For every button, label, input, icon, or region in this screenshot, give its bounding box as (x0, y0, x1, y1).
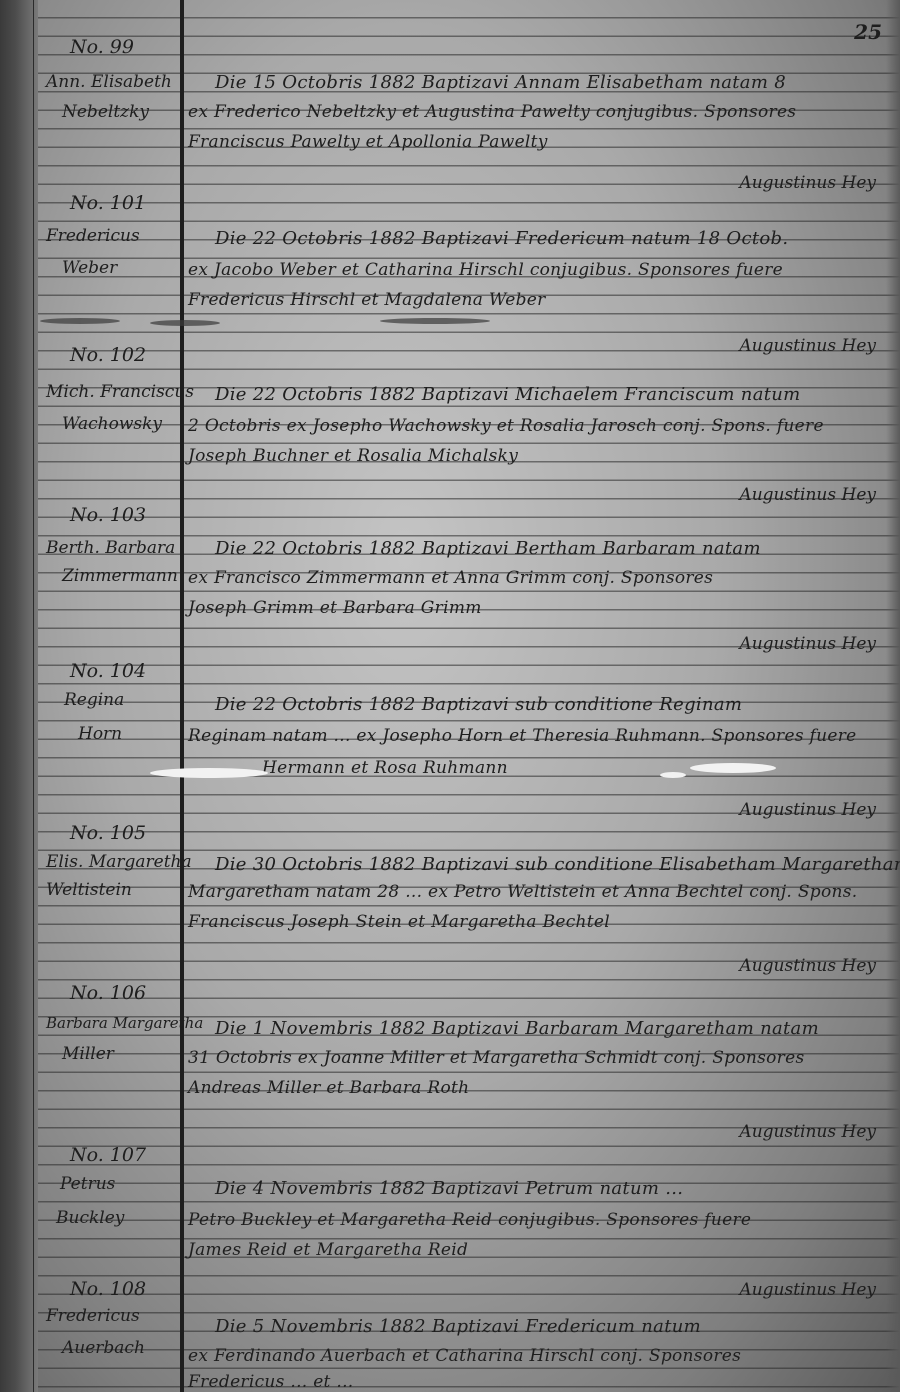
entry-text-line: Joseph Buchner et Rosalia Michalsky (188, 446, 518, 466)
ink-smudge (380, 318, 490, 324)
entry-text-line: Die 4 Novembris 1882 Baptizavi Petrum na… (215, 1178, 683, 1199)
entry-text-line: Die 15 Octobris 1882 Baptizavi Annam Eli… (215, 72, 786, 93)
child-given-name: Fredericus (46, 226, 140, 246)
entry-text-line: ex Jacobo Weber et Catharina Hirschl con… (188, 260, 783, 280)
child-given-name: Ann. Elisabeth (46, 72, 172, 92)
entry-text-line: Fredericus ... et ... (188, 1372, 354, 1392)
entry-text-line: 2 Octobris ex Josepho Wachowsky et Rosal… (188, 416, 824, 436)
priest-signature: Augustinus Hey (739, 1280, 876, 1300)
entry-text-line: Die 22 Octobris 1882 Baptizavi Michaelem… (215, 384, 801, 405)
entry-number: No. 104 (70, 660, 146, 682)
priest-signature: Augustinus Hey (739, 336, 876, 356)
entry-text-line: Franciscus Pawelty et Apollonia Pawelty (188, 132, 548, 152)
entry-text-line: ex Frederico Nebeltzky et Augustina Pawe… (188, 102, 796, 122)
page-number: 25 (854, 20, 882, 44)
child-surname: Nebeltzky (62, 102, 149, 122)
priest-signature: Augustinus Hey (739, 634, 876, 654)
entry-number: No. 107 (70, 1144, 146, 1166)
child-given-name: Barbara Margaretha (46, 1014, 203, 1032)
priest-signature: Augustinus Hey (739, 485, 876, 505)
entry-text-line: ex Francisco Zimmermann et Anna Grimm co… (188, 568, 713, 588)
entry-text-line: ex Ferdinando Auerbach et Catharina Hirs… (188, 1346, 741, 1366)
priest-signature: Augustinus Hey (739, 956, 876, 976)
paper-damage-blot (660, 772, 686, 778)
child-surname: Buckley (56, 1208, 124, 1228)
paper-damage-blot (690, 763, 776, 773)
paper-damage-blot (150, 768, 268, 778)
entry-text-line: Die 5 Novembris 1882 Baptizavi Fredericu… (215, 1316, 701, 1337)
child-surname: Weltistein (46, 880, 132, 900)
entry-text-line: Die 1 Novembris 1882 Baptizavi Barbaram … (215, 1018, 819, 1039)
child-given-name: Elis. Margaretha (46, 852, 192, 872)
entry-text-line: Fredericus Hirschl et Magdalena Weber (188, 290, 546, 310)
entry-number: No. 103 (70, 504, 146, 526)
entry-text-line: 31 Octobris ex Joanne Miller et Margaret… (188, 1048, 804, 1068)
entry-text-line: Joseph Grimm et Barbara Grimm (188, 598, 482, 618)
entry-text-line: Die 22 Octobris 1882 Baptizavi Fredericu… (215, 228, 788, 249)
entry-number: No. 102 (70, 344, 146, 366)
child-surname: Zimmermann (62, 566, 178, 586)
entry-text-line: Die 30 Octobris 1882 Baptizavi sub condi… (215, 854, 900, 875)
child-given-name: Berth. Barbara (46, 538, 175, 558)
entry-text-line: Margaretham natam 28 ... ex Petro Weltis… (188, 882, 857, 902)
register-page: 25 No. 99 Ann. Elisabeth Nebeltzky Die 1… (0, 0, 900, 1392)
entry-text-line: Die 22 Octobris 1882 Baptizavi Bertham B… (215, 538, 761, 559)
margin-rule (33, 0, 34, 1392)
entry-number: No. 108 (70, 1278, 146, 1300)
priest-signature: Augustinus Hey (739, 1122, 876, 1142)
child-given-name: Fredericus (46, 1306, 140, 1326)
page-edge-shadow (886, 0, 900, 1392)
child-surname: Weber (62, 258, 117, 278)
entry-text-line: Franciscus Joseph Stein et Margaretha Be… (188, 912, 610, 932)
entry-text-line: Die 22 Octobris 1882 Baptizavi sub condi… (215, 694, 742, 715)
entry-text-line: Reginam natam ... ex Josepho Horn et The… (188, 726, 857, 746)
entry-number: No. 106 (70, 982, 146, 1004)
entry-number: No. 99 (70, 36, 134, 58)
child-surname: Auerbach (62, 1338, 145, 1358)
ink-smudge (150, 320, 220, 326)
child-surname: Horn (78, 724, 122, 744)
child-given-name: Petrus (60, 1174, 115, 1194)
ink-smudge (40, 318, 120, 324)
entry-text-line: James Reid et Margaretha Reid (188, 1240, 468, 1260)
entry-text-line: Hermann et Rosa Ruhmann (262, 758, 508, 778)
child-surname: Wachowsky (62, 414, 162, 434)
priest-signature: Augustinus Hey (739, 800, 876, 820)
entry-text-line: Petro Buckley et Margaretha Reid conjugi… (188, 1210, 751, 1230)
child-given-name: Mich. Franciscus (46, 382, 194, 402)
column-divider (180, 0, 184, 1392)
child-given-name: Regina (64, 690, 124, 710)
child-surname: Miller (62, 1044, 114, 1064)
entry-number: No. 105 (70, 822, 146, 844)
priest-signature: Augustinus Hey (739, 173, 876, 193)
entry-text-line: Andreas Miller et Barbara Roth (188, 1078, 469, 1098)
entry-number: No. 101 (70, 192, 146, 214)
